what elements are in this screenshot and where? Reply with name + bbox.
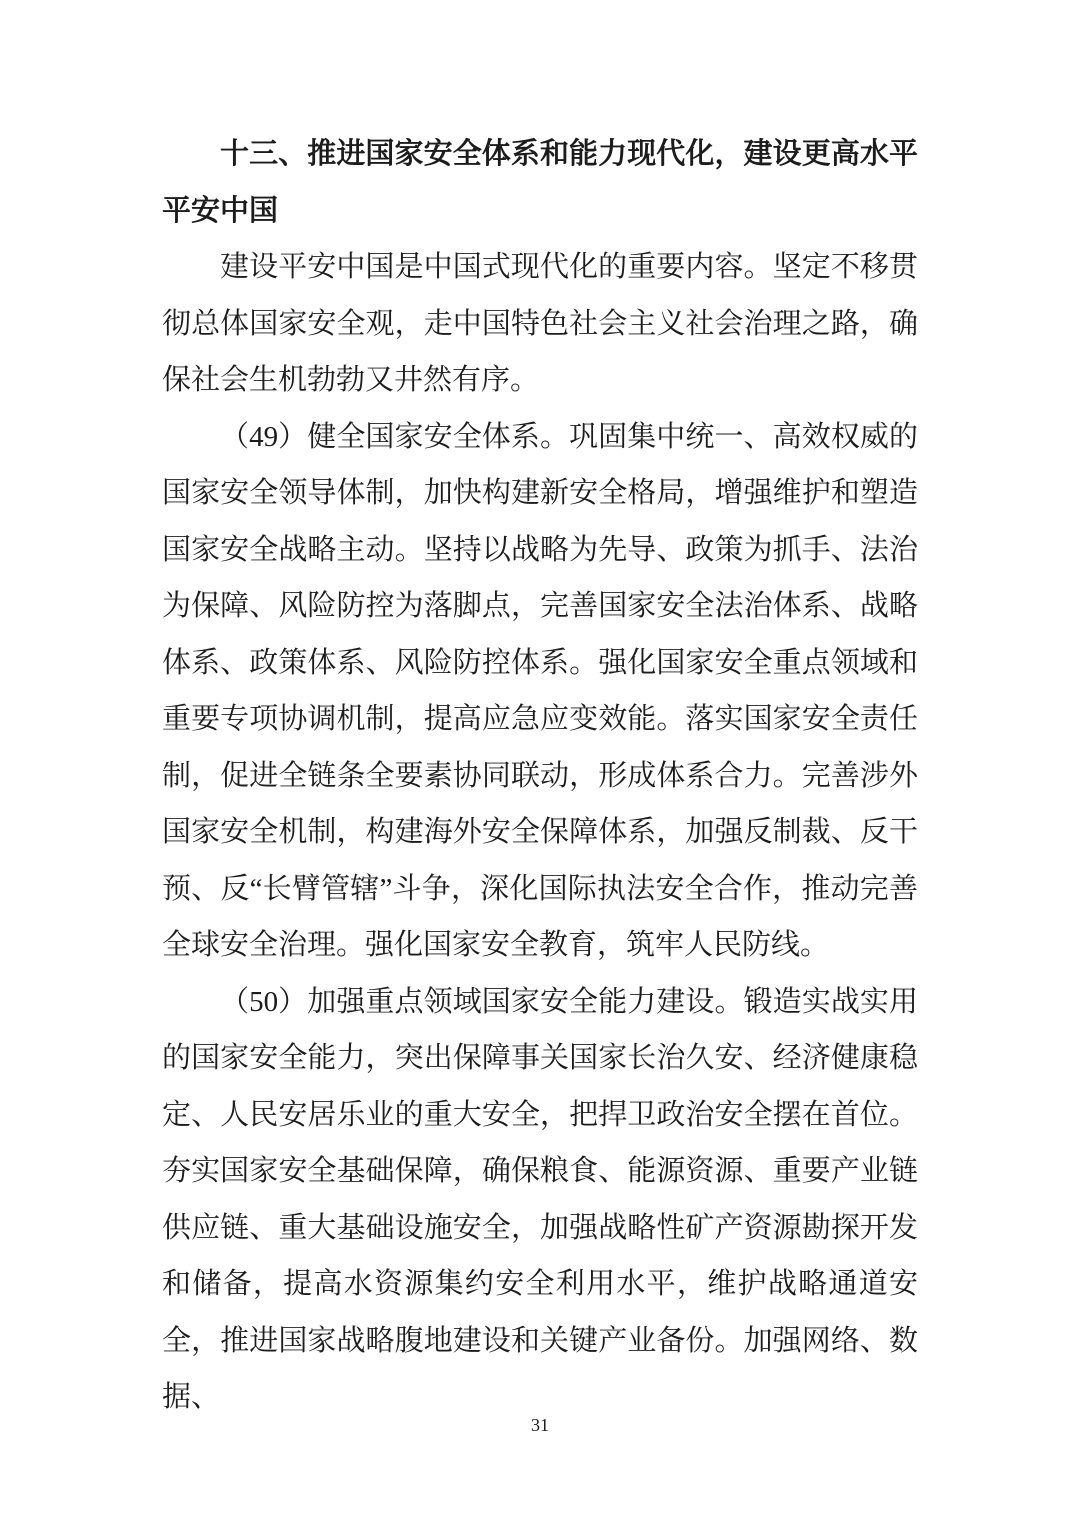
section-heading: 十三、推进国家安全体系和能力现代化，建设更高水平平安中国 <box>162 126 918 239</box>
paragraph-item-50: （50）加强重点领域国家安全能力建设。锻造实战实用的国家安全能力，突出保障事关国… <box>162 974 918 1426</box>
document-page: 十三、推进国家安全体系和能力现代化，建设更高水平平安中国 建设平安中国是中国式现… <box>0 0 1080 1527</box>
paragraph-intro: 建设平安中国是中国式现代化的重要内容。坚定不移贯彻总体国家安全观，走中国特色社会… <box>162 239 918 409</box>
document-content: 十三、推进国家安全体系和能力现代化，建设更高水平平安中国 建设平安中国是中国式现… <box>162 126 918 1426</box>
page-number: 31 <box>0 1412 1080 1438</box>
paragraph-item-49: （49）健全国家安全体系。巩固集中统一、高效权威的国家安全领导体制，加快构建新安… <box>162 409 918 974</box>
